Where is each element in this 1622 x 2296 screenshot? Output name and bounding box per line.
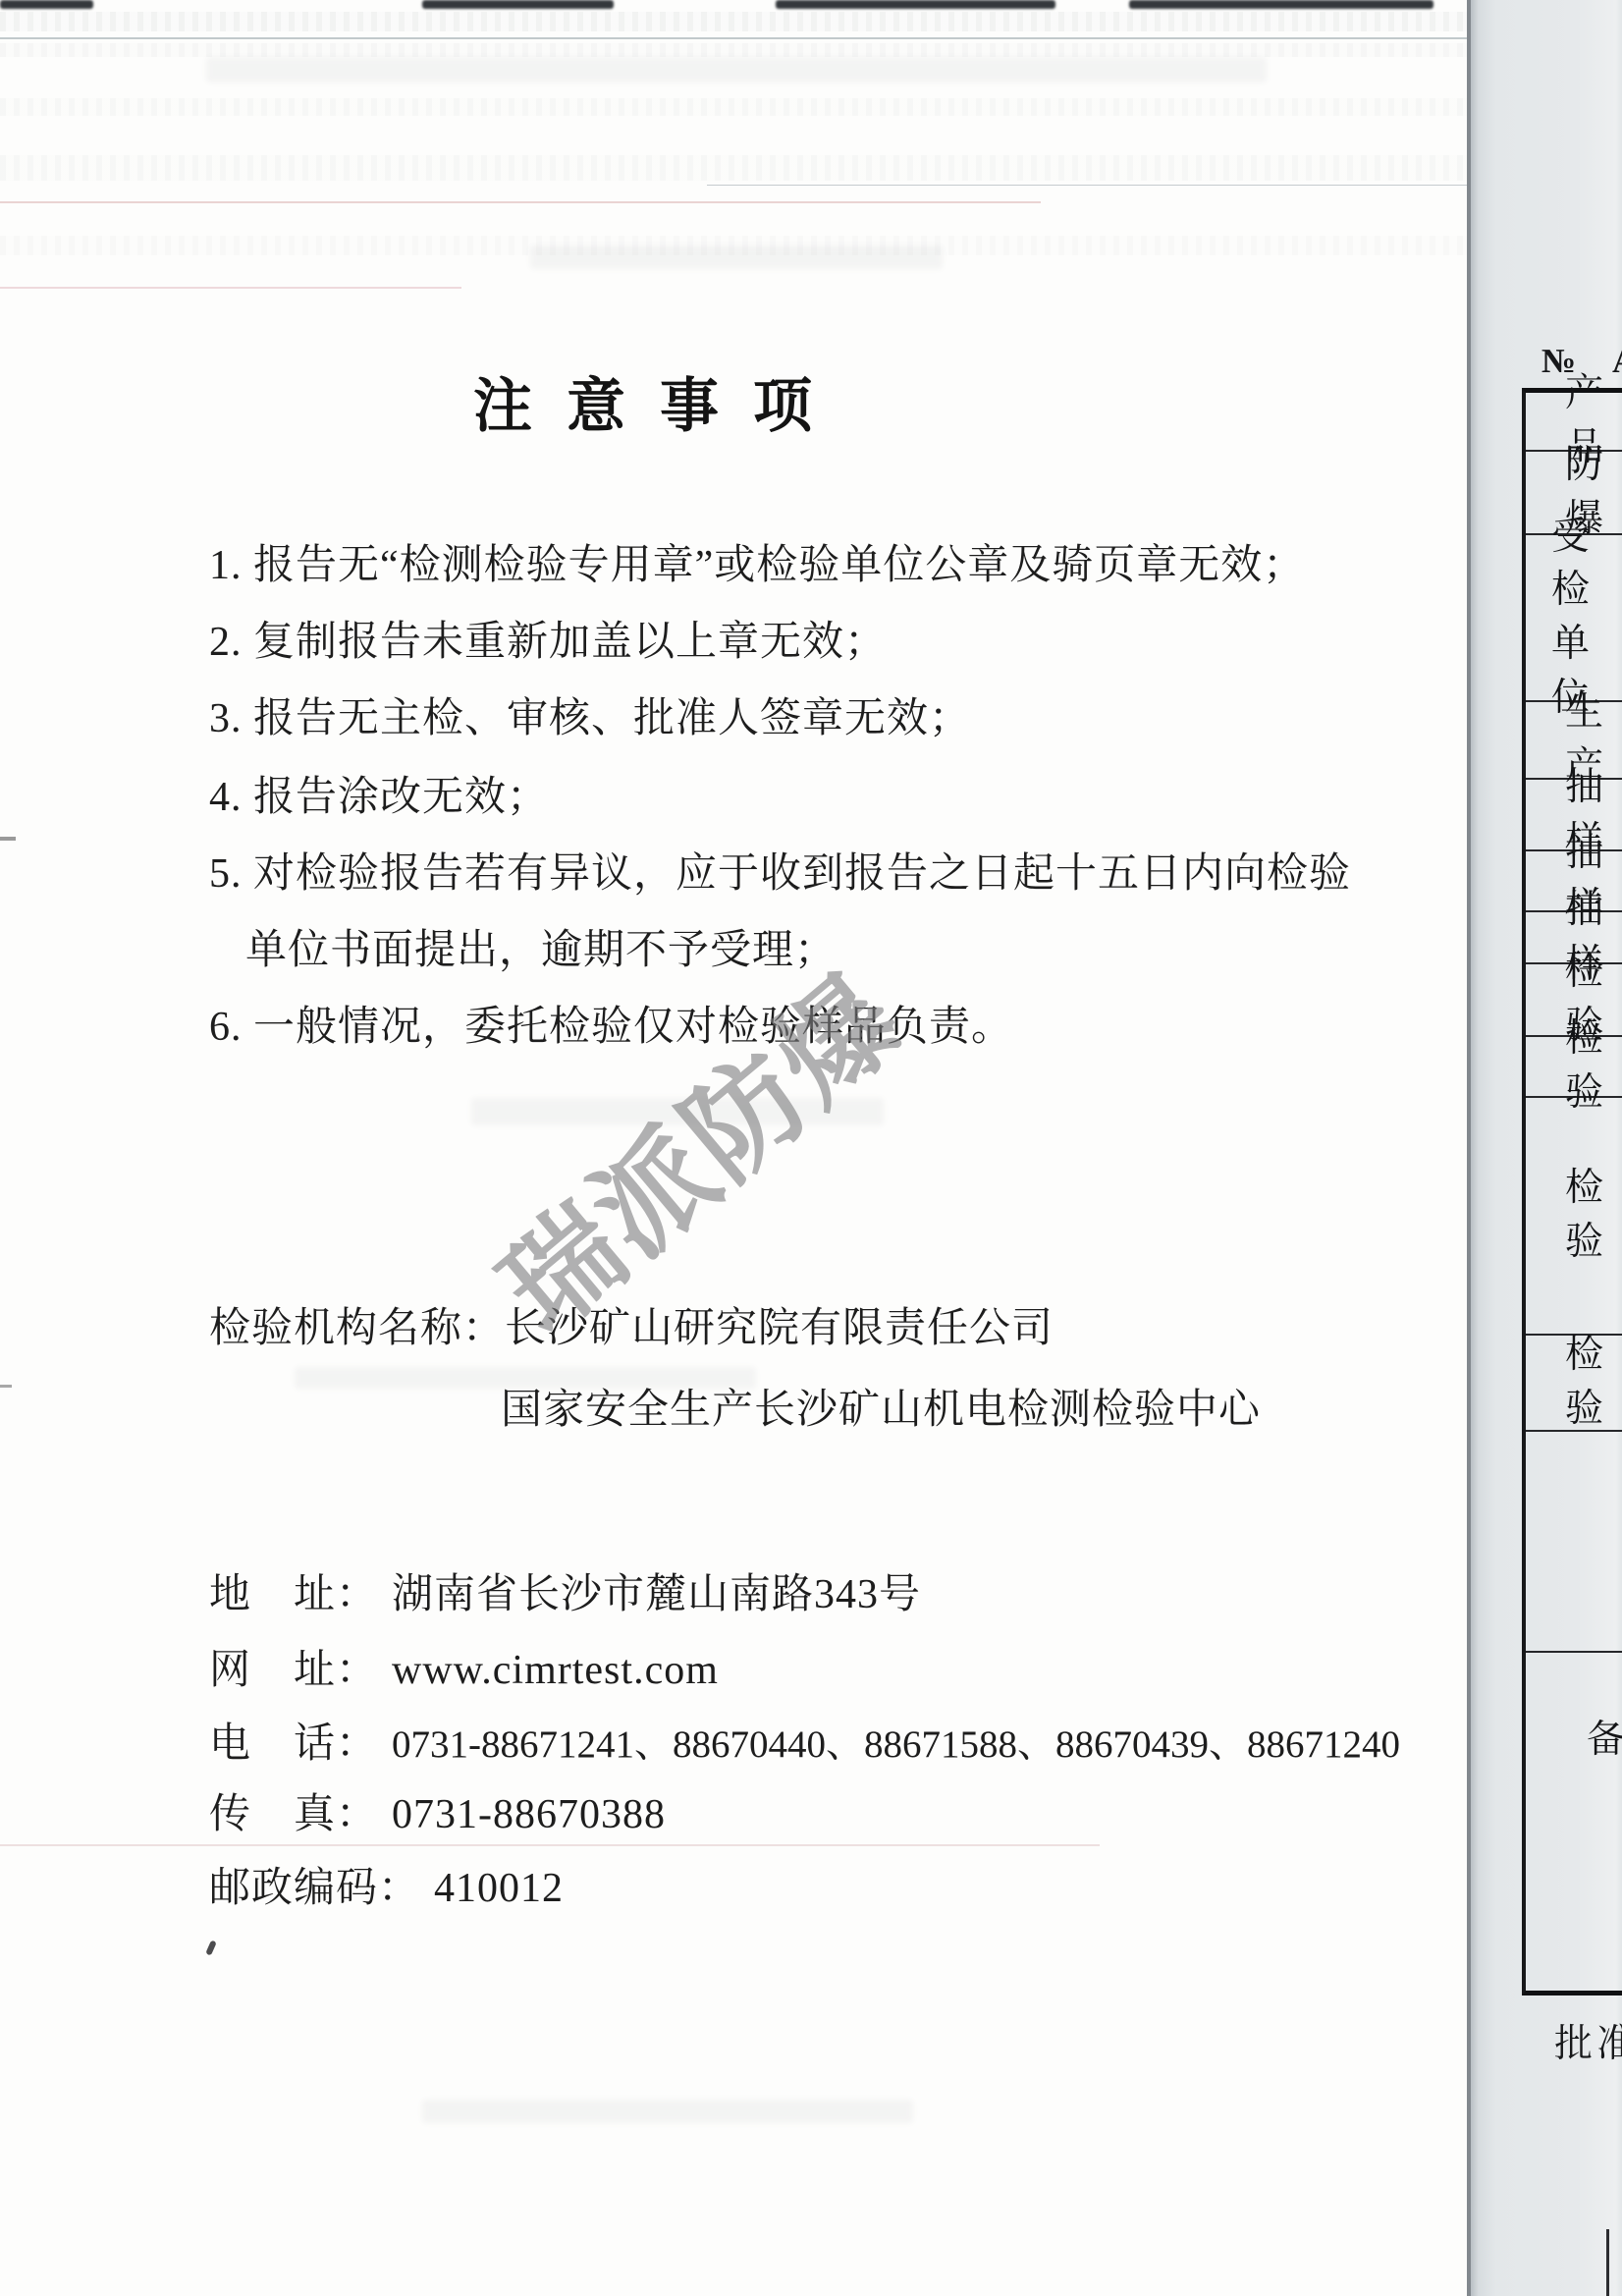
scan-smudge [422,0,614,9]
report-info-table: 产品 防爆 受检 单位 生产 抽样 抽样 抽样 检验 检验 检验 检验 备 [1522,388,1622,1995]
website-label: 网 址： [209,1648,378,1693]
bleedthrough-text [471,1098,884,1125]
agency-name: 长沙矿山研究院有限责任公司 [505,1306,1054,1351]
edge-mark [0,837,16,841]
note-item-5-cont: 单位书面提出，逾期不予受理； [245,917,837,976]
table-row-remarks: 备 [1526,1653,1622,2000]
bleedthrough-text [206,57,1267,82]
scan-line-pink [0,1844,1100,1846]
scan-smudge [0,0,93,9]
edge-mark [0,1385,12,1388]
phone-label: 电 话： [209,1722,378,1767]
table-row: 检验 [1526,1037,1622,1098]
note-item-2: 2. 复制报告未重新加盖以上章无效； [209,609,887,668]
scan-line [707,185,1467,186]
scan-line-pink [0,201,1041,203]
bleedthrough-text [422,2100,913,2123]
approval-label: 批准 [1554,2013,1622,2068]
scan-smudge [1129,0,1433,9]
postcode-label: 邮政编码： [209,1866,420,1911]
note-item-3: 3. 报告无主检、审核、批准人签章无效； [209,685,971,744]
row-label: 备 [1587,1714,1622,1768]
row-label: 检验 [1565,1329,1622,1436]
note-item-5: 5. 对检验报告若有异议，应于收到报告之日起十五日内向检验 [209,841,1351,900]
scan-noise-band [0,155,1467,181]
agency-name-line2: 国家安全生产长沙矿山机电检测检验中心 [501,1377,1261,1436]
row-label: 检验 [1565,1012,1622,1120]
fax-value: 0731-88670388 [392,1792,666,1837]
note-item-6: 6. 一般情况，委托检验仅对检验样品负责。 [209,994,1013,1053]
fax-label: 传 真： [209,1792,378,1837]
row-label: 检验 [1565,1162,1622,1269]
scan-line-pink [0,287,461,289]
website-value: www.cimrtest.com [392,1648,719,1693]
scan-smudge [776,0,1055,9]
table-row [1526,1432,1622,1653]
scan-line [0,37,1467,39]
next-page-edge: № A 产品 防爆 受检 单位 生产 抽样 抽样 抽样 检验 检验 检验 检验 … [1471,0,1622,2296]
contact-website: 网 址：www.cimrtest.com [209,1637,719,1696]
page-title: 注 意 事 项 [473,359,815,444]
contact-phone: 电 话：0731-88671241、88670440、88671588、8867… [209,1711,1400,1770]
scan-noise-band [0,98,1467,116]
table-row: 检验 [1526,1098,1622,1336]
bleedthrough-text [530,246,943,269]
table-row: 受检 单位 [1526,535,1622,702]
phone-value: 0731-88671241、88670440、88671588、88670439… [392,1723,1400,1766]
contact-postcode: 邮政编码：410012 [209,1855,564,1914]
scan-noise-band [0,12,1467,31]
contact-fax: 传 真：0731-88670388 [209,1781,666,1840]
address-value: 湖南省长沙市麓山南路343号 [392,1572,921,1617]
agency-name-line1: 检验机构名称：长沙矿山研究院有限责任公司 [209,1295,1054,1354]
note-item-4: 4. 报告涂改无效； [209,764,549,823]
table-row: 检验 [1526,1336,1622,1432]
contact-address: 地 址：湖南省长沙市麓山南路343号 [209,1561,921,1620]
address-label: 地 址： [209,1572,378,1617]
page-edge-mark [1606,2229,1609,2296]
scan-noise-band [0,43,1467,57]
notice-page: 注 意 事 项 1. 报告无“检测检验专用章”或检验单位公章及骑页章无效； 2.… [0,0,1471,2296]
scan-noise-band [0,236,1467,255]
postcode-value: 410012 [434,1866,564,1911]
scanned-report-page: { "page": { "title": "注 意 事 项", "note_li… [0,0,1622,2296]
pen-mark [205,1940,217,1955]
note-item-1: 1. 报告无“检测检验专用章”或检验单位公章及骑页章无效； [209,532,1305,591]
agency-label: 检验机构名称： [209,1306,505,1351]
